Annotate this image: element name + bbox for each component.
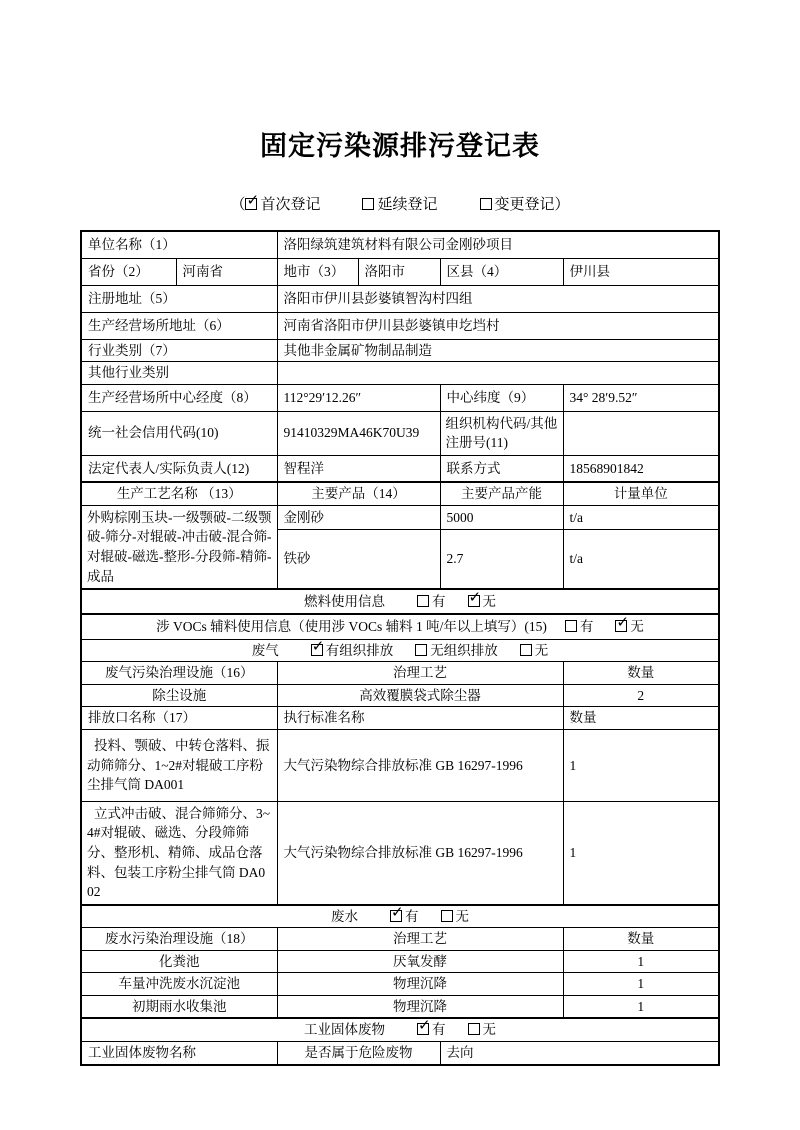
fuel-info-label: 燃料使用信息 — [304, 594, 385, 609]
process-name-value: 外购棕刚玉块-一级颚破-二级颚破-筛分-对辊破-冲击破-混合筛-对辊破-磁选-整… — [81, 505, 277, 589]
latitude-label: 中心纬度（9） — [440, 384, 563, 411]
water-facility-3-tech: 物理沉降 — [277, 995, 563, 1018]
water-facility-header: 废水污染治理设施（18） — [81, 928, 277, 951]
table-row: 生产经营场所地址（6） 河南省洛阳市伊川县彭婆镇申圪垱村 — [81, 312, 719, 339]
water-count-header: 数量 — [563, 928, 719, 951]
other-industry-label: 其他行业类别 — [81, 362, 277, 385]
table-row: 立式冲击破、混合筛筛分、3~4#对辊破、磁选、分段筛筛分、整形机、精筛、成品仓落… — [81, 801, 719, 904]
unit-header: 计量单位 — [563, 482, 719, 505]
gas-facility-tech: 高效覆膜袋式除尘器 — [277, 684, 563, 707]
check-icon: ✓ — [418, 1018, 431, 1033]
fuel-no-label: 无 — [483, 594, 497, 609]
longitude-label: 生产经营场所中心经度（8） — [81, 384, 277, 411]
main-product-header: 主要产品（14） — [277, 482, 440, 505]
waste-gas-none-checkbox[interactable] — [520, 644, 532, 656]
outlet-1-name: 投料、颚破、中转仓落料、振动筛筛分、1~2#对辊破工序粉尘排气筒 DA001 — [81, 729, 277, 801]
legal-rep-value: 智程洋 — [277, 455, 440, 482]
city-label: 地市（3） — [277, 258, 358, 285]
waste-water-no-label: 无 — [456, 909, 470, 924]
water-facility-1-tech: 厌氧发酵 — [277, 950, 563, 973]
site-address-value: 河南省洛阳市伊川县彭婆镇申圪垱村 — [277, 312, 719, 339]
county-value: 伊川县 — [563, 258, 719, 285]
table-row: 废水✓有无 — [81, 905, 719, 928]
close-paren: ） — [555, 197, 570, 213]
water-tech-header: 治理工艺 — [277, 928, 563, 951]
waste-water-no-checkbox[interactable] — [441, 910, 453, 922]
check-icon: ✓ — [246, 193, 259, 208]
county-label: 区县（4） — [440, 258, 563, 285]
city-value: 洛阳市 — [358, 258, 440, 285]
solid-waste-no-checkbox[interactable] — [468, 1023, 480, 1035]
unit-name-label: 单位名称（1） — [81, 231, 277, 258]
waste-gas-unorganized-checkbox[interactable] — [415, 644, 427, 656]
first-registration-checkbox[interactable]: ✓ — [245, 198, 257, 210]
registration-type-row: （✓首次登记延续登记变更登记） — [0, 193, 800, 214]
table-row: 统一社会信用代码(10) 91410329MA46K70U39 组织机构代码/其… — [81, 411, 719, 455]
waste-gas-section-row: 废气✓有组织排放无组织排放无 — [81, 639, 719, 662]
change-registration-checkbox[interactable] — [480, 198, 492, 210]
check-icon: ✓ — [469, 590, 482, 605]
vocs-yes-label: 有 — [580, 619, 594, 634]
table-row: 车量冲洗废水沉淀池 物理沉降 1 — [81, 973, 719, 996]
check-icon: ✓ — [312, 639, 325, 654]
table-row: 涉 VOCs 辅料使用信息（使用涉 VOCs 辅料 1 吨/年以上填写）(15)… — [81, 614, 719, 639]
water-facility-2-name: 车量冲洗废水沉淀池 — [81, 973, 277, 996]
waste-water-label: 废水 — [331, 909, 358, 924]
gas-count-header: 数量 — [563, 662, 719, 685]
table-row: 燃料使用信息有✓无 — [81, 589, 719, 614]
gas-facility-name: 除尘设施 — [81, 684, 277, 707]
waste-gas-unorganized-label: 无组织排放 — [430, 643, 498, 658]
process-name-header: 生产工艺名称 （13） — [81, 482, 277, 505]
water-facility-2-tech: 物理沉降 — [277, 973, 563, 996]
product-2-capacity: 2.7 — [440, 530, 563, 589]
contact-label: 联系方式 — [440, 455, 563, 482]
solid-waste-no-label: 无 — [483, 1022, 497, 1037]
outlet-standard-header: 执行标准名称 — [277, 707, 563, 730]
fuel-no-checkbox[interactable]: ✓ — [468, 595, 480, 607]
capacity-header: 主要产品产能 — [440, 482, 563, 505]
unit-name-value: 洛阳绿筑建筑材料有限公司金刚砂项目 — [277, 231, 719, 258]
table-row: 外购棕刚玉块-一级颚破-二级颚破-筛分-对辊破-冲击破-混合筛-对辊破-磁选-整… — [81, 505, 719, 529]
other-industry-value — [277, 362, 719, 385]
site-address-label: 生产经营场所地址（6） — [81, 312, 277, 339]
vocs-yes-checkbox[interactable] — [565, 620, 577, 632]
product-1-name: 金刚砂 — [277, 505, 440, 529]
form-page: 固定污染源排污登记表 （✓首次登记延续登记变更登记） 单位名称（1） 洛阳绿筑建… — [0, 0, 800, 1130]
outlet-name-header: 排放口名称（17） — [81, 707, 277, 730]
table-row: 省份（2） 河南省 地市（3） 洛阳市 区县（4） 伊川县 — [81, 258, 719, 285]
table-row: 废气污染治理设施（16） 治理工艺 数量 — [81, 662, 719, 685]
org-code-value — [563, 411, 719, 455]
solid-waste-section-row: 工业固体废物✓有无 — [81, 1018, 719, 1041]
table-row: 生产工艺名称 （13） 主要产品（14） 主要产品产能 计量单位 — [81, 482, 719, 505]
vocs-no-label: 无 — [630, 619, 644, 634]
first-registration-label: 首次登记 — [260, 197, 320, 213]
waste-gas-organized-label: 有组织排放 — [326, 643, 394, 658]
water-facility-2-count: 1 — [563, 973, 719, 996]
product-2-name: 铁砂 — [277, 530, 440, 589]
gas-tech-header: 治理工艺 — [277, 662, 563, 685]
credit-code-value: 91410329MA46K70U39 — [277, 411, 440, 455]
org-code-label: 组织机构代码/其他注册号(11) — [440, 411, 563, 455]
table-row: 法定代表人/实际负责人(12) 智程洋 联系方式 18568901842 — [81, 455, 719, 482]
industry-label: 行业类别（7） — [81, 339, 277, 362]
vocs-info-row: 涉 VOCs 辅料使用信息（使用涉 VOCs 辅料 1 吨/年以上填写）(15)… — [81, 614, 719, 639]
outlet-1-count: 1 — [563, 729, 719, 801]
water-facility-3-name: 初期雨水收集池 — [81, 995, 277, 1018]
credit-code-label: 统一社会信用代码(10) — [81, 411, 277, 455]
table-row: 除尘设施 高效覆膜袋式除尘器 2 — [81, 684, 719, 707]
registered-address-value: 洛阳市伊川县彭婆镇智沟村四组 — [277, 285, 719, 312]
contact-value: 18568901842 — [563, 455, 719, 482]
check-icon: ✓ — [391, 905, 404, 920]
table-row: 初期雨水收集池 物理沉降 1 — [81, 995, 719, 1018]
solid-waste-yes-label: 有 — [432, 1022, 446, 1037]
table-row: 工业固体废物✓有无 — [81, 1018, 719, 1041]
table-row: 生产经营场所中心经度（8） 112°29′12.26″ 中心纬度（9） 34° … — [81, 384, 719, 411]
product-1-unit: t/a — [563, 505, 719, 529]
water-facility-1-name: 化粪池 — [81, 950, 277, 973]
solid-waste-name-header: 工业固体废物名称 — [81, 1042, 277, 1065]
vocs-info-label: 涉 VOCs 辅料使用信息（使用涉 VOCs 辅料 1 吨/年以上填写）(15) — [156, 619, 547, 634]
product-2-unit: t/a — [563, 530, 719, 589]
waste-gas-organized-checkbox[interactable]: ✓ — [311, 644, 323, 656]
solid-waste-yes-checkbox[interactable]: ✓ — [417, 1023, 429, 1035]
waste-water-section-row: 废水✓有无 — [81, 905, 719, 928]
water-facility-1-count: 1 — [563, 950, 719, 973]
change-registration-label: 变更登记 — [495, 197, 555, 213]
registered-address-label: 注册地址（5） — [81, 285, 277, 312]
solid-waste-label: 工业固体废物 — [304, 1022, 385, 1037]
province-label: 省份（2） — [81, 258, 176, 285]
vocs-no-checkbox[interactable]: ✓ — [615, 620, 627, 632]
solid-waste-destination-header: 去向 — [440, 1042, 719, 1065]
table-row: 化粪池 厌氧发酵 1 — [81, 950, 719, 973]
waste-water-yes-label: 有 — [405, 909, 419, 924]
outlet-2-standard: 大气污染物综合排放标准 GB 16297-1996 — [277, 801, 563, 904]
outlet-1-standard: 大气污染物综合排放标准 GB 16297-1996 — [277, 729, 563, 801]
table-row: 单位名称（1） 洛阳绿筑建筑材料有限公司金刚砂项目 — [81, 231, 719, 258]
table-row: 投料、颚破、中转仓落料、振动筛筛分、1~2#对辊破工序粉尘排气筒 DA001 大… — [81, 729, 719, 801]
table-row: 废水污染治理设施（18） 治理工艺 数量 — [81, 928, 719, 951]
longitude-value: 112°29′12.26″ — [277, 384, 440, 411]
fuel-info-row: 燃料使用信息有✓无 — [81, 589, 719, 614]
gas-facility-header: 废气污染治理设施（16） — [81, 662, 277, 685]
table-row: 工业固体废物名称 是否属于危险废物 去向 — [81, 1042, 719, 1065]
table-row: 行业类别（7） 其他非金属矿物制品制造 — [81, 339, 719, 362]
table-row: 废气✓有组织排放无组织排放无 — [81, 639, 719, 662]
province-value: 河南省 — [176, 258, 277, 285]
product-1-capacity: 5000 — [440, 505, 563, 529]
check-icon: ✓ — [616, 615, 629, 630]
page-title: 固定污染源排污登记表 — [0, 124, 800, 163]
fuel-yes-label: 有 — [432, 594, 446, 609]
table-row: 其他行业类别 — [81, 362, 719, 385]
fuel-yes-checkbox[interactable] — [417, 595, 429, 607]
solid-waste-hazard-header: 是否属于危险废物 — [277, 1042, 440, 1065]
renewal-registration-label: 延续登记 — [377, 197, 437, 213]
outlet-2-count: 1 — [563, 801, 719, 904]
waste-gas-label: 废气 — [252, 643, 279, 658]
registration-form-table: 单位名称（1） 洛阳绿筑建筑材料有限公司金刚砂项目 省份（2） 河南省 地市（3… — [80, 230, 720, 1066]
waste-gas-none-label: 无 — [535, 643, 549, 658]
outlet-2-name: 立式冲击破、混合筛筛分、3~4#对辊破、磁选、分段筛筛分、整形机、精筛、成品仓落… — [81, 801, 277, 904]
waste-water-yes-checkbox[interactable]: ✓ — [390, 910, 402, 922]
open-paren: （ — [230, 197, 245, 213]
table-row: 排放口名称（17） 执行标准名称 数量 — [81, 707, 719, 730]
water-facility-3-count: 1 — [563, 995, 719, 1018]
outlet-count-header: 数量 — [563, 707, 719, 730]
renewal-registration-checkbox[interactable] — [362, 198, 374, 210]
gas-facility-count: 2 — [563, 684, 719, 707]
industry-value: 其他非金属矿物制品制造 — [277, 339, 719, 362]
latitude-value: 34° 28′9.52″ — [563, 384, 719, 411]
legal-rep-label: 法定代表人/实际负责人(12) — [81, 455, 277, 482]
table-row: 注册地址（5） 洛阳市伊川县彭婆镇智沟村四组 — [81, 285, 719, 312]
